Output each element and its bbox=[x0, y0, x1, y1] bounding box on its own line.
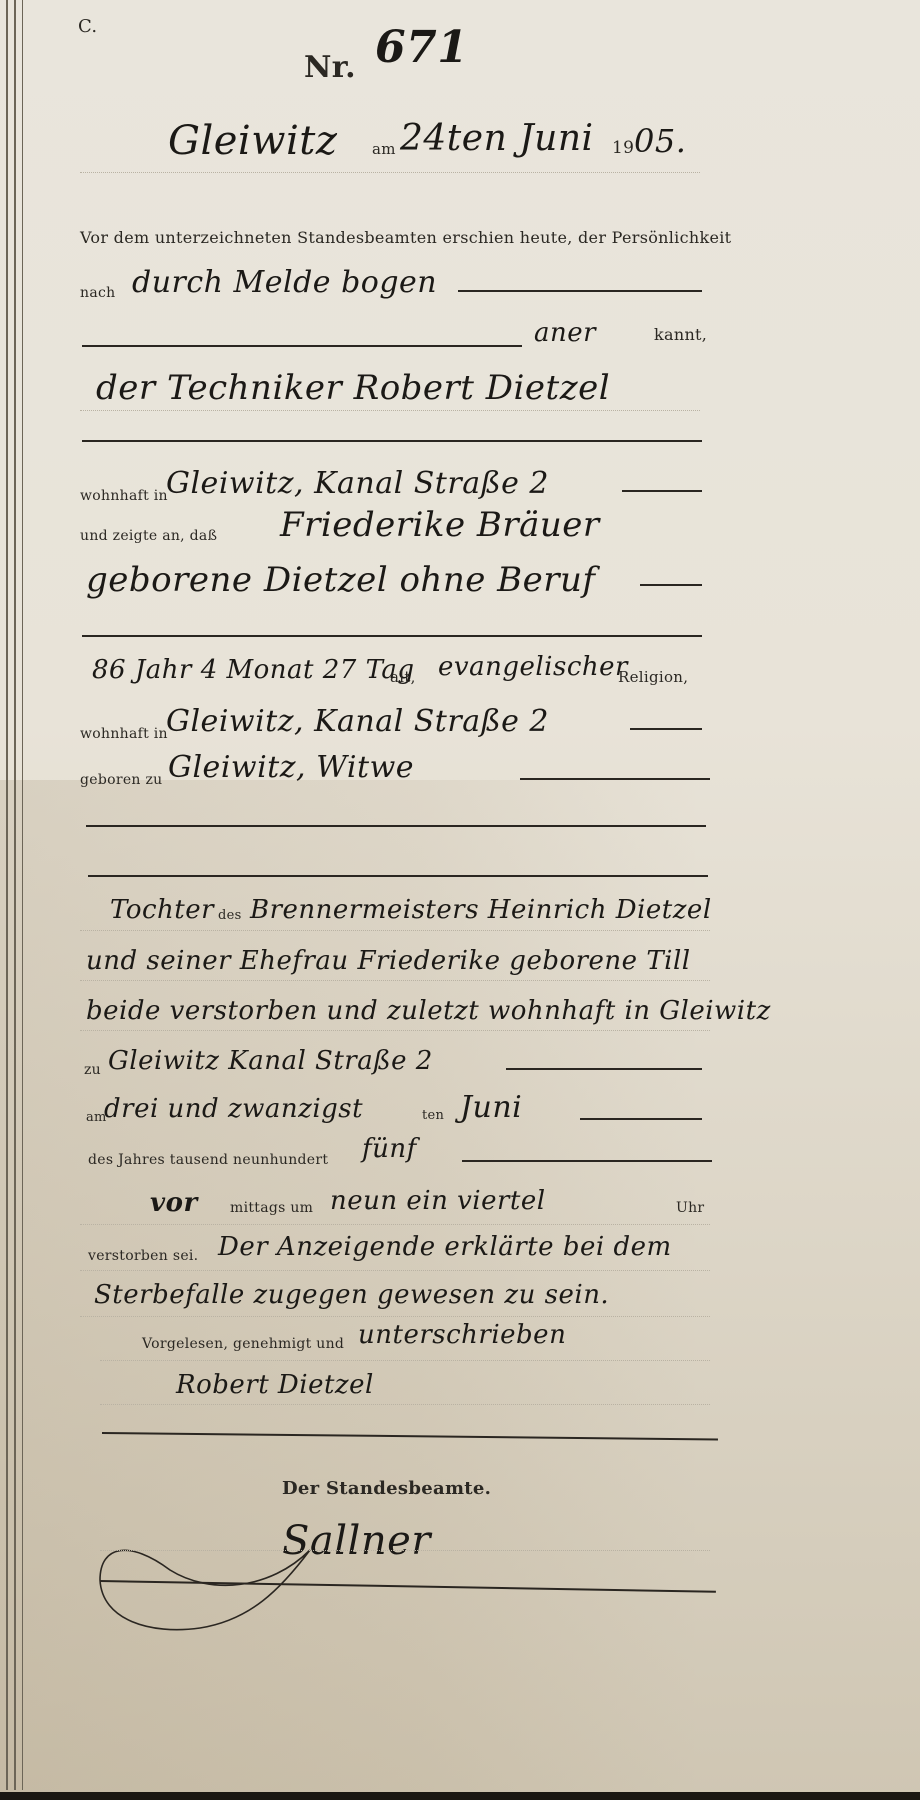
dotted-rule bbox=[80, 1224, 710, 1225]
death-place: Gleiwitz Kanal Straße 2 bbox=[108, 1046, 433, 1076]
dotted-rule bbox=[80, 410, 700, 411]
date-day-month: 24ten Juni bbox=[400, 118, 594, 159]
death-month: Juni bbox=[460, 1090, 522, 1125]
ten-label: ten bbox=[422, 1108, 444, 1123]
parents-status: beide verstorben und zuletzt wohnhaft in… bbox=[86, 996, 771, 1026]
dotted-rule bbox=[80, 172, 700, 173]
verstorben-label: verstorben sei. bbox=[88, 1248, 198, 1264]
informant-signature: Robert Dietzel bbox=[176, 1370, 374, 1400]
death-time: neun ein viertel bbox=[330, 1186, 546, 1216]
year-prefix: 19 bbox=[612, 138, 634, 158]
mittags-label: mittags um bbox=[230, 1200, 313, 1216]
page-edge bbox=[22, 0, 23, 1790]
dotted-rule bbox=[80, 1316, 710, 1317]
rule bbox=[458, 290, 702, 292]
date-label: am bbox=[372, 140, 396, 158]
rule bbox=[82, 440, 702, 442]
parents-des-label: des bbox=[218, 908, 242, 923]
dotted-rule bbox=[80, 980, 710, 981]
parents-mother: und seiner Ehefrau Friederike geborene T… bbox=[86, 946, 691, 976]
dotted-rule bbox=[100, 1550, 710, 1551]
rule bbox=[506, 1068, 702, 1070]
statement-line-1: Der Anzeigende erklärte bei dem bbox=[218, 1232, 672, 1262]
intro-text: Vor dem unterzeichneten Standesbeamten e… bbox=[80, 228, 731, 247]
rule bbox=[630, 728, 702, 730]
rule bbox=[622, 490, 702, 492]
statement-line-2: Sterbefalle zugegen gewesen zu sein. bbox=[94, 1280, 609, 1310]
religion-label: Religion, bbox=[618, 668, 688, 686]
dotted-rule bbox=[80, 1270, 710, 1271]
deceased-birthplace: Gleiwitz, Witwe bbox=[168, 750, 414, 785]
rule bbox=[462, 1160, 712, 1162]
registrar-label: Der Standesbeamte. bbox=[282, 1478, 491, 1499]
geboren-label: geboren zu bbox=[80, 772, 162, 788]
rule bbox=[580, 1118, 702, 1120]
identified-by: durch Melde bogen bbox=[132, 265, 437, 300]
dotted-rule bbox=[100, 1360, 710, 1361]
place: Gleiwitz bbox=[168, 118, 337, 164]
record-number: 671 bbox=[375, 22, 468, 73]
deceased-name: Friederike Bräuer bbox=[280, 505, 600, 545]
death-year: fünf bbox=[362, 1134, 417, 1164]
wohnhaft-label: wohnhaft in bbox=[80, 488, 168, 504]
parents-tochter: Tochter bbox=[110, 895, 214, 925]
alt-label: alt, bbox=[390, 668, 416, 686]
wohnhaft-label: wohnhaft in bbox=[80, 726, 168, 742]
deceased-name-cont: geborene Dietzel ohne Beruf bbox=[86, 560, 596, 600]
anerkannt-prefix: aner bbox=[534, 318, 596, 348]
record-number-label: Nr. bbox=[304, 50, 356, 85]
informant-name: der Techniker Robert Dietzel bbox=[96, 368, 610, 408]
page-edge bbox=[14, 0, 16, 1790]
form-letter: C. bbox=[78, 16, 97, 37]
deceased-age: 86 Jahr 4 Monat 27 Tag bbox=[92, 655, 415, 685]
informant-residence: Gleiwitz, Kanal Straße 2 bbox=[166, 466, 549, 501]
kannt-label: kannt, bbox=[654, 325, 707, 344]
uhr-label: Uhr bbox=[676, 1200, 704, 1216]
rule bbox=[102, 1432, 718, 1440]
death-day: drei und zwanzigst bbox=[104, 1094, 363, 1124]
religion-value: evangelischer bbox=[438, 652, 628, 682]
death-vor: vor bbox=[150, 1188, 198, 1218]
zeigte-label: und zeigte an, daß bbox=[80, 528, 217, 544]
year-label: des Jahres tausend neunhundert bbox=[88, 1152, 328, 1168]
page-edge bbox=[6, 0, 8, 1790]
rule bbox=[88, 875, 708, 877]
signed-value: unterschrieben bbox=[358, 1320, 566, 1350]
dotted-rule bbox=[80, 1030, 710, 1031]
rule bbox=[82, 345, 522, 347]
rule bbox=[86, 825, 706, 827]
year-suffix: 05. bbox=[634, 122, 686, 160]
nach-label: nach bbox=[80, 285, 115, 301]
signature-flourish-icon bbox=[90, 1510, 490, 1640]
rule bbox=[520, 778, 710, 780]
rule bbox=[82, 635, 702, 637]
parents-father: Brennermeisters Heinrich Dietzel bbox=[250, 895, 712, 925]
deceased-residence: Gleiwitz, Kanal Straße 2 bbox=[166, 704, 549, 739]
photo-bottom-edge bbox=[0, 1792, 920, 1800]
zu-label: zu bbox=[84, 1062, 101, 1078]
dotted-rule bbox=[80, 930, 710, 931]
dotted-rule bbox=[100, 1404, 710, 1405]
rule bbox=[640, 584, 702, 586]
vorgelesen-label: Vorgelesen, genehmigt und bbox=[142, 1336, 344, 1352]
